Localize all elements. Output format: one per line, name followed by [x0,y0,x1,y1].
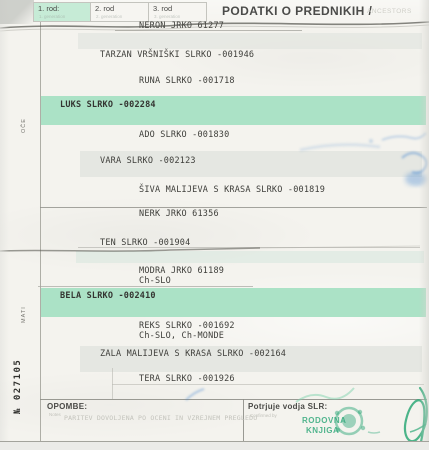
pedigree-row: RUNA SLRKO -001718 [139,76,235,86]
pedigree-row: VARA SLRKO -002123 [100,156,196,166]
pedigree-row: ADO SLRKO -001830 [139,130,229,140]
scan-shading-band [76,251,424,263]
gen2-sublabel: 2. generation [96,14,122,19]
mother-side-label: MATI [21,306,27,323]
stamp-text-line2: KNJIGA [306,426,339,435]
footer-top-border [40,399,427,400]
pedigree-row: NERON JRKO 61277 [139,21,224,31]
confirm-sublabel: Confirmed by [250,413,277,418]
gen2-label: 2. rod [95,4,148,13]
page-title: PODATKI O PREDNIKIH / [222,4,372,18]
page-title-translation: ANCESTORS [367,8,412,15]
generation-header: 1. rod: 1. generation 2. rod 2. generati… [33,2,207,22]
serial-number: № 027105 [13,359,23,414]
table-left-border [40,20,41,441]
gen1-sublabel: 1. generation [39,14,65,19]
pedigree-row-father: LUKS SLRKO -002284 [60,100,156,110]
gen3-sublabel: 3. generation [154,14,180,19]
notes-label: OPOMBE: [47,402,87,411]
stamp-text-line1: RODOVNA [302,416,346,425]
crease-line-middle [0,246,420,251]
notes-sublabel: Notes [49,412,61,417]
pedigree-row: TARZAN VRŠNIŠKI SLRKO -001946 [100,50,254,60]
pedigree-row: NERK JRKO 61356 [139,209,219,219]
scan-edge-left [0,0,9,450]
pedigree-document: 1. rod: 1. generation 2. rod 2. generati… [0,0,429,450]
confirm-label: Potrjuje vodja SLR: [248,402,328,411]
pedigree-row: MODRA JRKO 61189 [139,266,224,276]
paper-bottom-edge [0,441,429,450]
registry-stamp: RODOVNA KNJIGA [296,388,380,435]
pedigree-row-titles: Ch-SLO, Ch-MONDE [139,331,224,341]
pedigree-row: ZALA MALIJEVA S KRASA SLRKO -002164 [100,349,286,359]
gen3-label: 3. rod [153,4,206,13]
header-cell-gen1: 1. rod: 1. generation [33,2,91,22]
pedigree-row-mother: BELA SLRKO -002410 [60,291,156,301]
pedigree-row: REKS SLRKO -001692 [139,321,235,331]
gen1-label: 1. rod: [38,4,90,13]
header-cell-gen3: 3. rod 3. generation [149,2,207,22]
scan-shading-band [78,33,422,49]
row-divider [38,286,253,287]
father-side-label: OČE [21,118,27,133]
pedigree-row: ŠIVA MALIJEVA S KRASA SLRKO -001819 [139,185,325,195]
header-cell-gen2: 2. rod 2. generation [91,2,149,22]
pedigree-row: TEN SLRKO -001904 [100,238,190,248]
pedigree-row-titles: Ch-SLO [139,276,171,286]
scan-corner-shadow [0,0,34,24]
row-divider [112,384,424,385]
pedigree-row: TERA SLRKO -001926 [139,374,235,384]
cell-border [112,368,113,399]
father-mother-divider [40,207,427,208]
notes-text: PARITEV DOVOLJENA PO OCENI IN VZREJNEM P… [64,414,257,422]
scan-edge-right [419,0,429,450]
